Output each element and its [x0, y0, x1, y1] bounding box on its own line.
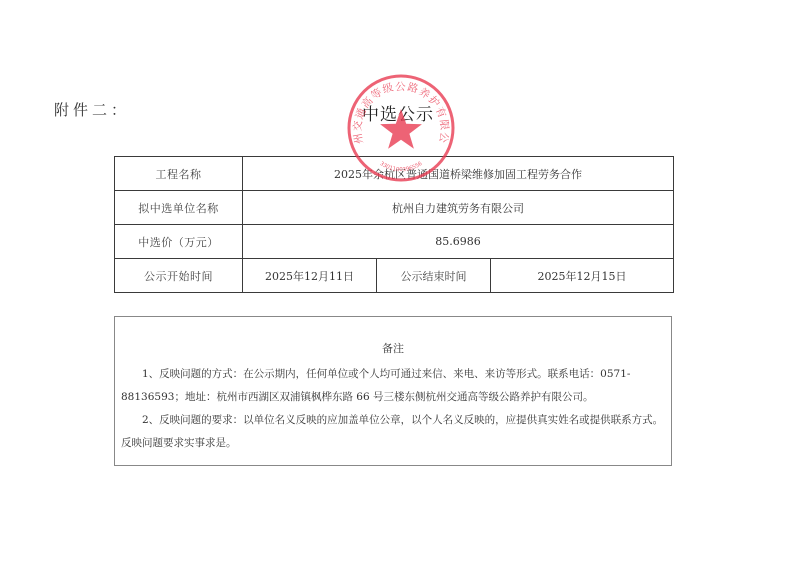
price-value: 85.6986: [243, 225, 674, 259]
start-date-value: 2025年12月11日: [243, 259, 377, 293]
table-row: 公示开始时间 2025年12月11日 公示结束时间 2025年12月15日: [115, 259, 674, 293]
project-name-label: 工程名称: [115, 157, 243, 191]
project-name-value: 2025年余杭区普通国道桥梁维修加固工程劳务合作: [243, 157, 674, 191]
award-info-table: 工程名称 2025年余杭区普通国道桥梁维修加固工程劳务合作 拟中选单位名称 杭州…: [114, 156, 674, 293]
price-label: 中选价（万元）: [115, 225, 243, 259]
table-row: 拟中选单位名称 杭州自力建筑劳务有限公司: [115, 191, 674, 225]
remarks-paragraph-1: 1、反映问题的方式：在公示期内，任何单位或个人均可通过来信、来电、来访等形式。联…: [115, 363, 671, 409]
remarks-box: 备注 1、反映问题的方式：在公示期内，任何单位或个人均可通过来信、来电、来访等形…: [114, 316, 672, 466]
winner-value: 杭州自力建筑劳务有限公司: [243, 191, 674, 225]
table-row: 中选价（万元） 85.6986: [115, 225, 674, 259]
table-row: 工程名称 2025年余杭区普通国道桥梁维修加固工程劳务合作: [115, 157, 674, 191]
remarks-title: 备注: [115, 340, 671, 356]
end-date-label: 公示结束时间: [377, 259, 491, 293]
winner-label: 拟中选单位名称: [115, 191, 243, 225]
start-date-label: 公示开始时间: [115, 259, 243, 293]
page-title: 中选公示: [362, 100, 434, 125]
remarks-paragraph-2: 2、反映问题的要求：以单位名义反映的应加盖单位公章，以个人名义反映的，应提供真实…: [115, 409, 671, 455]
attachment-label: 附件二：: [54, 99, 130, 120]
end-date-value: 2025年12月15日: [491, 259, 674, 293]
